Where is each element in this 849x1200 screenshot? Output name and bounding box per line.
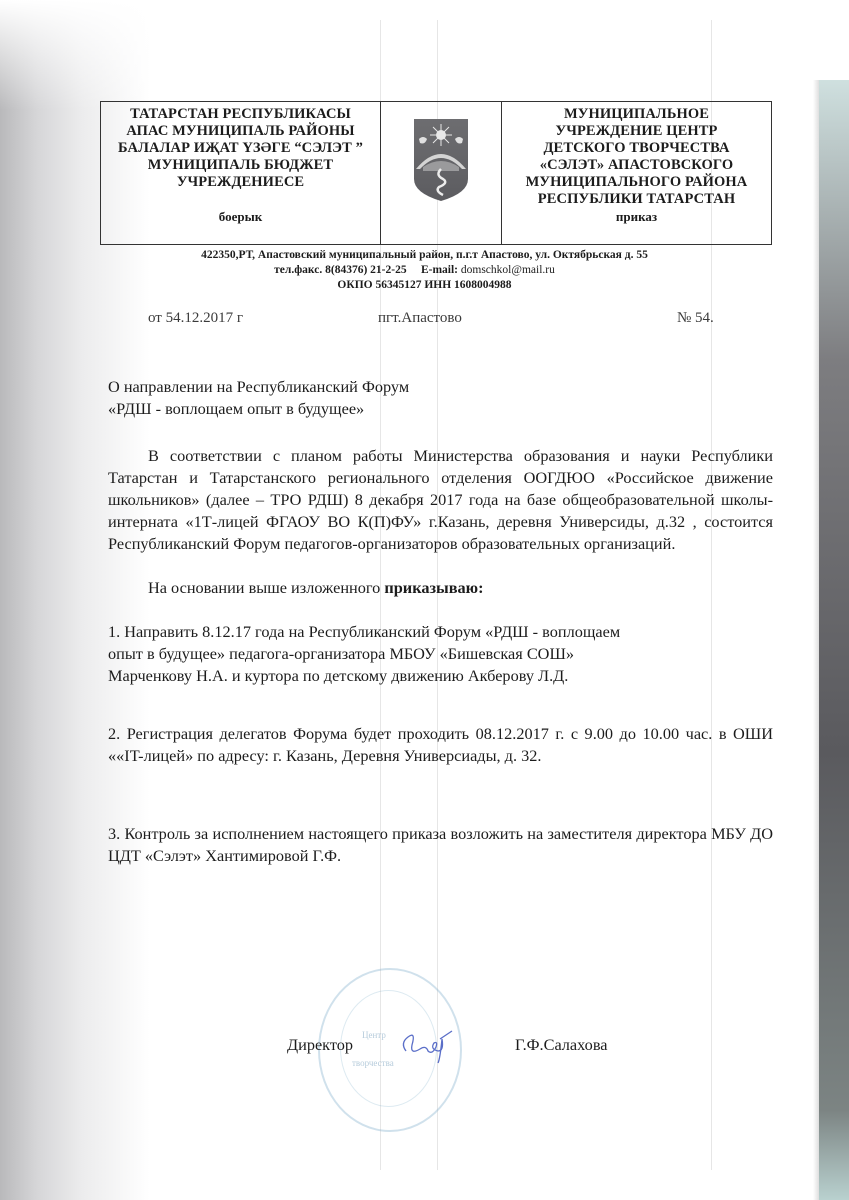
order-title-line: О направлении на Республиканский Форум xyxy=(108,376,773,398)
letterhead-line: МУНИЦИПАЛЬНОЕ xyxy=(502,106,771,123)
order-keyword: приказываю: xyxy=(384,578,483,597)
intro-paragraph: В соответствии с планом работы Министерс… xyxy=(108,445,773,555)
order-item-3: 3. Контроль за исполнением настоящего пр… xyxy=(108,823,773,867)
order-item-2: 2. Регистрация делегатов Форума будет пр… xyxy=(108,723,773,767)
letterhead-emblem-cell xyxy=(381,102,502,244)
letterhead-line: УЧРЕЖДЕНИЕСЕ xyxy=(101,174,380,191)
contact-address: 422350,РТ, Апастовский муниципальный рай… xyxy=(0,248,849,262)
letterhead-line: МУНИЦИПАЛЬ БЮДЖЕТ xyxy=(101,157,380,174)
order-item-1: 1. Направить 8.12.17 года на Республикан… xyxy=(108,621,773,687)
letterhead-line: ТАТАРСТАН РЕСПУБЛИКАСЫ xyxy=(101,106,380,123)
contact-email-label: E-mail: xyxy=(421,264,458,276)
letterhead-line: БАЛАЛАР ИҖАТ ҮЗӘГЕ “СЭЛЭТ ” xyxy=(101,140,380,157)
letterhead-russian-block: МУНИЦИПАЛЬНОЕ УЧРЕЖДЕНИЕ ЦЕНТР ДЕТСКОГО … xyxy=(502,102,771,244)
coat-of-arms-icon xyxy=(413,117,469,205)
order-intro-text: На основании выше изложенного xyxy=(148,578,384,597)
order-date: от 54.12.2017 г xyxy=(148,310,243,327)
letterhead-line: «СЭЛЭТ» АПАСТОВСКОГО xyxy=(502,157,771,174)
letterhead-tatar-block: ТАТАРСТАН РЕСПУБЛИКАСЫ АПАС МУНИЦИПАЛЬ Р… xyxy=(101,102,381,244)
contact-phone: тел.факс. 8(84376) 21-2-25 xyxy=(274,264,406,276)
letterhead-table: ТАТАРСТАН РЕСПУБЛИКАСЫ АПАС МУНИЦИПАЛЬ Р… xyxy=(100,101,772,245)
signature-role: Директор xyxy=(287,1035,353,1055)
contact-phone-email: тел.факс. 8(84376) 21-2-25 E-mail: domsc… xyxy=(0,263,839,277)
doc-type-russian: приказ xyxy=(502,209,771,225)
letterhead-line: МУНИЦИПАЛЬНОГО РАЙОНА xyxy=(502,174,771,191)
order-intro: На основании выше изложенного приказываю… xyxy=(148,577,813,599)
letterhead-line: АПАС МУНИЦИПАЛЬ РАЙОНЫ xyxy=(101,123,380,140)
order-number: № 54. xyxy=(677,310,714,327)
contact-ids: ОКПО 56345127 ИНН 1608004988 xyxy=(0,278,849,292)
letterhead-line: РЕСПУБЛИКИ ТАТАРСТАН xyxy=(502,191,771,208)
contact-email[interactable]: domschkol@mail.ru xyxy=(461,264,555,276)
order-place: пгт.Апастово xyxy=(378,310,462,327)
order-item-line: опыт в будущее» педагога-организатора МБ… xyxy=(108,643,773,665)
signatory-name: Г.Ф.Салахова xyxy=(515,1035,608,1055)
order-item-line: 1. Направить 8.12.17 года на Республикан… xyxy=(108,621,773,643)
letterhead-line: ДЕТСКОГО ТВОРЧЕСТВА xyxy=(502,140,771,157)
order-title: О направлении на Республиканский Форум «… xyxy=(108,376,773,420)
order-item-line: Марченкову Н.А. и куртора по детскому дв… xyxy=(108,665,773,687)
letterhead-line: УЧРЕЖДЕНИЕ ЦЕНТР xyxy=(502,123,771,140)
handwritten-signature-icon xyxy=(398,1025,458,1065)
stamp-text: творчества xyxy=(352,1058,394,1068)
doc-type-tatar: боерык xyxy=(101,209,380,225)
stamp-text: Центр xyxy=(362,1030,386,1040)
scan-shadow-left-fade xyxy=(0,0,150,110)
order-title-line: «РДШ - воплощаем опыт в будущее» xyxy=(108,398,773,420)
